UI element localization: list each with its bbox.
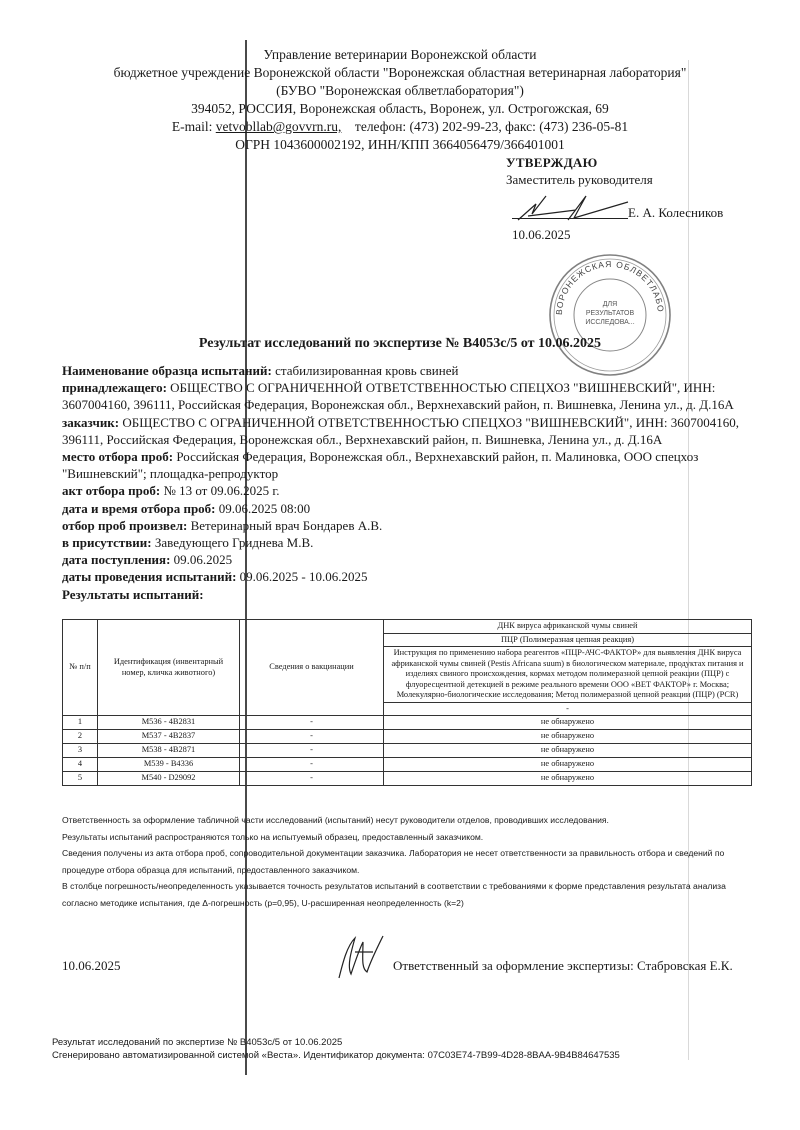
signature-line: [512, 218, 628, 219]
official-stamp-icon: ВОРОНЕЖСКАЯ ОБЛВЕТЛАБОРАТОРИЯ ДЛЯ РЕЗУЛЬ…: [540, 250, 680, 380]
approver-signature-row: Е. А. Колесников: [506, 190, 653, 226]
institution-short-name: (БУВО "Воронежская облветлаборатория"): [0, 82, 800, 100]
table-row: 2 M537 - 4B2837 - не обнаружено: [63, 730, 752, 744]
approval-title: УТВЕРЖДАЮ: [506, 154, 653, 171]
note-uncertainty-cont: согласно методике испытания, где Δ-погре…: [62, 895, 752, 912]
table-row: 5 M540 - D29092 - не обнаружено: [63, 772, 752, 786]
registration-numbers: ОГРН 1043600002192, ИНН/КПП 3664056479/3…: [0, 136, 800, 154]
approval-date: 10.06.2025: [512, 226, 653, 243]
svg-text:ДЛЯ: ДЛЯ: [603, 301, 617, 308]
sample-info: Наименование образца испытаний: стабилиз…: [62, 362, 752, 603]
signature-icon: [333, 932, 393, 980]
footer-generator-id: Сгенерировано автоматизированной системо…: [52, 1050, 620, 1063]
footer-reference: Результат исследований по экспертизе № B…: [52, 1037, 620, 1050]
col-header-method: ПЦР (Полимеразная цепная реакция): [384, 633, 752, 647]
field-owner: принадлежащего: ОБЩЕСТВО С ОГРАНИЧЕННОЙ …: [62, 379, 752, 413]
email-label: E-mail:: [172, 119, 213, 134]
ministry-name: Управление ветеринарии Воронежской облас…: [0, 46, 800, 64]
svg-text:РЕЗУЛЬТАТОВ: РЕЗУЛЬТАТОВ: [586, 310, 635, 317]
results-table: № п/п Идентификация (инвентарный номер, …: [62, 619, 752, 786]
field-sampling-datetime: дата и время отбора проб: 09.06.2025 08:…: [62, 500, 752, 517]
field-customer: заказчик: ОБЩЕСТВО С ОГРАНИЧЕННОЙ ОТВЕТС…: [62, 414, 752, 448]
table-header-row: № п/п Идентификация (инвентарный номер, …: [63, 620, 752, 634]
institution-name: бюджетное учреждение Воронежской области…: [0, 64, 800, 82]
signoff-date: 10.06.2025: [62, 958, 121, 974]
table-row: 4 M539 - B4336 - не обнаружено: [63, 758, 752, 772]
svg-text:ИССЛЕДОВА...: ИССЛЕДОВА...: [585, 319, 634, 326]
field-sampled-by: отбор проб произвел: Ветеринарный врач Б…: [62, 517, 752, 534]
note-scope: Результаты испытаний распространяются то…: [62, 829, 752, 846]
table-row: 3 M538 - 4B2871 - не обнаружено: [63, 744, 752, 758]
note-uncertainty: В столбце погрешность/неопределенность у…: [62, 878, 752, 895]
responsible-person: Ответственный за оформление экспертизы: …: [393, 958, 733, 974]
col-header-num: № п/п: [63, 620, 98, 716]
field-sampling-act: акт отбора проб: № 13 от 09.06.2025 г.: [62, 482, 752, 499]
field-receipt-date: дата поступления: 09.06.2025: [62, 551, 752, 568]
col-header-id: Идентификация (инвентарный номер, кличка…: [98, 620, 240, 716]
note-responsibility: Ответственность за оформление табличной …: [62, 812, 752, 829]
letterhead: Управление ветеринарии Воронежской облас…: [0, 46, 800, 154]
col-header-indicator: ДНК вируса африканской чумы свиней: [384, 620, 752, 634]
col-header-instruction: Инструкция по применению набора реагенто…: [384, 647, 752, 703]
signature-icon: [516, 190, 636, 226]
note-source: Сведения получены из акта отбора проб, с…: [62, 845, 752, 862]
approval-block: УТВЕРЖДАЮ Заместитель руководителя Е. А.…: [506, 154, 653, 243]
field-test-dates: даты проведения испытаний: 09.06.2025 - …: [62, 568, 752, 585]
col-header-vaccination: Сведения о вакцинации: [240, 620, 384, 716]
table-row: 1 M536 - 4B2831 - не обнаружено: [63, 716, 752, 730]
field-sampling-place: место отбора проб: Российская Федерация,…: [62, 448, 752, 482]
document-title: Результат исследований по экспертизе № B…: [0, 336, 800, 352]
results-heading: Результаты испытаний:: [62, 586, 752, 603]
approver-position: Заместитель руководителя: [506, 171, 653, 188]
col-header-norm: -: [384, 702, 752, 716]
note-source-cont: процедуре отбора образца для испытаний, …: [62, 862, 752, 879]
approver-name: Е. А. Колесников: [628, 204, 723, 221]
field-sample-name: Наименование образца испытаний: стабилиз…: [62, 362, 752, 379]
disclaimer-notes: Ответственность за оформление табличной …: [62, 812, 752, 911]
institution-address: 394052, РОССИЯ, Воронежская область, Вор…: [0, 100, 800, 118]
contacts-line: E-mail: vetvobllab@govvrn.ru, телефон: (…: [0, 118, 800, 136]
email-link[interactable]: vetvobllab@govvrn.ru,: [216, 119, 342, 134]
phone-fax: телефон: (473) 202-99-23, факс: (473) 23…: [355, 119, 628, 134]
document-footer: Результат исследований по экспертизе № B…: [52, 1037, 620, 1062]
field-in-presence: в присутствии: Заведующего Гриднева М.В.: [62, 534, 752, 551]
